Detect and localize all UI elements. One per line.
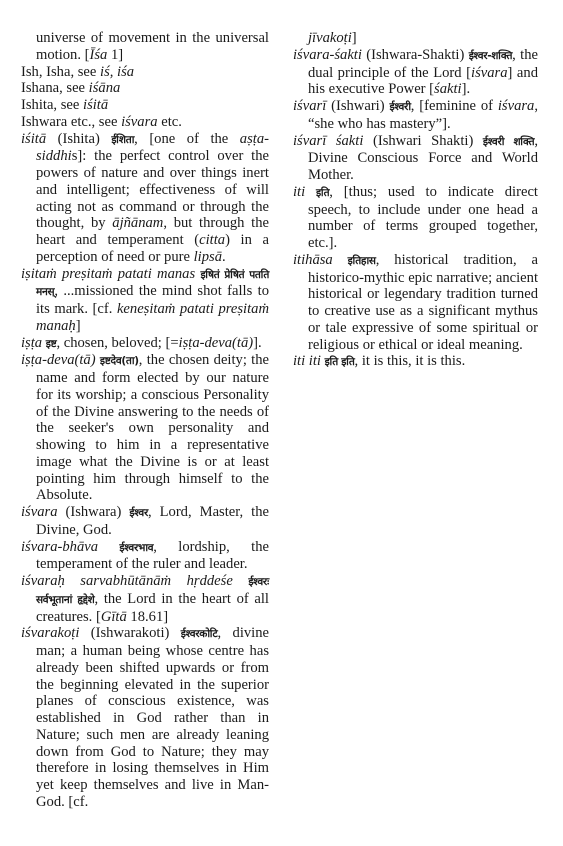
entry-text: universe of movement in the universal mo… xyxy=(36,30,269,63)
devanagari-text: ईश्वरकोटि xyxy=(181,628,218,640)
headword: iśitā xyxy=(21,131,46,147)
devanagari-text: ईश्वरी शक्ति xyxy=(483,136,534,148)
headword: iśvara xyxy=(21,504,57,520)
entry-continuation: universe of movement in the universal mo… xyxy=(21,30,269,64)
entry-isvari: iśvarī (Ishwari) ईश्वरी, [feminine of iś… xyxy=(293,98,538,133)
headword: Ishwara etc., see xyxy=(21,114,121,130)
headword: iśvarī xyxy=(293,98,326,114)
reference-number: 1] xyxy=(107,47,123,63)
entry-text: etc. xyxy=(158,114,182,130)
headword: iśvaraḥ sarvabhūtānāṁ hṛddeśe xyxy=(21,573,233,589)
gloss: (Ishita) xyxy=(58,131,100,147)
entry-text: , historical tradition, a historico-myth… xyxy=(308,252,538,353)
entry-text: , [feminine of xyxy=(411,98,498,114)
entry-isita: iśitā (Ishita) ईशिता, [one of the aṣṭa-s… xyxy=(21,131,269,266)
headword: itihāsa xyxy=(293,252,333,268)
entry-ishita: Ishita, see iśitā xyxy=(21,97,269,114)
entry-text: , the chosen deity; the name and form el… xyxy=(36,352,269,503)
entry-text: 18.61] xyxy=(127,609,168,625)
italic-term: citta xyxy=(199,232,225,248)
italic-term: iṣṭa-deva(tā) xyxy=(179,335,254,351)
entry-text: ] xyxy=(352,30,357,46)
entry-text: ]. xyxy=(462,81,471,97)
entry-isvara-bhava: iśvara-bhāva ईश्वरभाव, lordship, the tem… xyxy=(21,539,269,574)
devanagari-text: इति xyxy=(316,187,329,199)
devanagari-text: इष्टदेव(ता) xyxy=(100,355,139,367)
entry-text: , divine man; a human being whose centre… xyxy=(36,625,269,810)
right-column: jīvakoṭi] iśvara-śakti (Ishwara-Shakti) … xyxy=(293,30,538,371)
italic-term: ājñānam xyxy=(112,215,163,231)
italic-term: jīvakoṭi xyxy=(308,30,352,46)
cross-reference: iś, iśa xyxy=(100,64,134,80)
entry-isvara-sakti: iśvara-śakti (Ishwara-Shakti) ईश्वर-शक्त… xyxy=(293,47,538,98)
entry-itihasa: itihāsa इतिहास, historical tradition, a … xyxy=(293,252,538,354)
cross-reference: iśitā xyxy=(83,97,108,113)
entry-ishwara: Ishwara etc., see iśvara etc. xyxy=(21,114,269,131)
cross-reference: iśvara xyxy=(121,114,157,130)
headword: iṣṭa xyxy=(21,335,42,351)
italic-term: Gītā xyxy=(101,609,127,625)
headword: iti xyxy=(293,184,305,200)
devanagari-text: इतिहास xyxy=(348,255,376,267)
entry-iti: iti इति, [thus; used to indicate direct … xyxy=(293,184,538,252)
entry-isvarah: iśvaraḥ sarvabhūtānāṁ hṛddeśe ईश्वरः सर्… xyxy=(21,573,269,625)
italic-term: iśvara xyxy=(498,98,534,114)
gloss: (Ishwara) xyxy=(65,504,121,520)
entry-ista-devata: iṣṭa-deva(tā) इष्टदेव(ता), the chosen de… xyxy=(21,352,269,504)
headword: iṣṭa-deva(tā) xyxy=(21,352,96,368)
headword: iśvara-bhāva xyxy=(21,539,98,555)
italic-term: lipsā xyxy=(194,249,222,265)
headword: iśvarī śakti xyxy=(293,133,363,149)
gloss: (Ishwarakoti) xyxy=(91,625,170,641)
cross-reference: iśāna xyxy=(89,80,121,96)
entry-iti-iti: iti iti इति इति, it is this, it is this. xyxy=(293,353,538,371)
headword: Ish, Isha, see xyxy=(21,64,100,80)
gloss: (Ishwari Shakti) xyxy=(373,133,473,149)
reference-title: Īśa xyxy=(90,47,108,63)
entry-ish: Ish, Isha, see iś, iśa xyxy=(21,64,269,81)
italic-term: iśvara xyxy=(471,65,507,81)
headword: iti iti xyxy=(293,353,321,369)
entry-ista: iṣṭa इष्ट, chosen, beloved; [=iṣṭa-deva(… xyxy=(21,335,269,353)
devanagari-text: ईश्वरी xyxy=(389,101,410,113)
entry-text: , it is this, it is this. xyxy=(355,353,466,369)
gloss: (Ishwari) xyxy=(331,98,385,114)
entry-text: , [one of the xyxy=(134,131,240,147)
headword: Ishita, see xyxy=(21,97,83,113)
headword: iśvarakoṭi xyxy=(21,625,79,641)
entry-text: ]. xyxy=(253,335,262,351)
entry-text: , [thus; used to indicate direct speech,… xyxy=(308,184,538,251)
entry-text: . xyxy=(222,249,226,265)
devanagari-text: ईश्वरभाव xyxy=(119,542,153,554)
entry-isvara: iśvara (Ishwara) ईश्वर, Lord, Master, th… xyxy=(21,504,269,539)
left-column: universe of movement in the universal mo… xyxy=(21,30,269,811)
devanagari-text: इष्ट xyxy=(46,338,57,350)
gloss: (Ishwara-Shakti) xyxy=(366,47,464,63)
entry-ishana: Ishana, see iśāna xyxy=(21,80,269,97)
entry-text: ] xyxy=(76,318,81,334)
entry-isvari-sakti: iśvarī śakti (Ishwari Shakti) ईश्वरी शक्… xyxy=(293,133,538,184)
headword: iśvara-śakti xyxy=(293,47,362,63)
headword: Ishana, see xyxy=(21,80,89,96)
entry-text: , chosen, beloved; [= xyxy=(56,335,178,351)
entry-isitam: iṣitaṁ preṣitaṁ patati manas इषितं प्रेष… xyxy=(21,266,269,335)
devanagari-text: ईश्वर-शक्ति xyxy=(469,50,512,62)
entry-isvarakoti: iśvarakoṭi (Ishwarakoti) ईश्वरकोटि, divi… xyxy=(21,625,269,810)
devanagari-text: ईशिता xyxy=(111,134,134,146)
devanagari-text: इति इति xyxy=(325,356,355,368)
italic-term: śakti xyxy=(434,81,462,97)
entry-continuation: jīvakoṭi] xyxy=(293,30,538,47)
devanagari-text: ईश्वर xyxy=(129,507,148,519)
headword: iṣitaṁ preṣitaṁ patati manas xyxy=(21,266,195,282)
